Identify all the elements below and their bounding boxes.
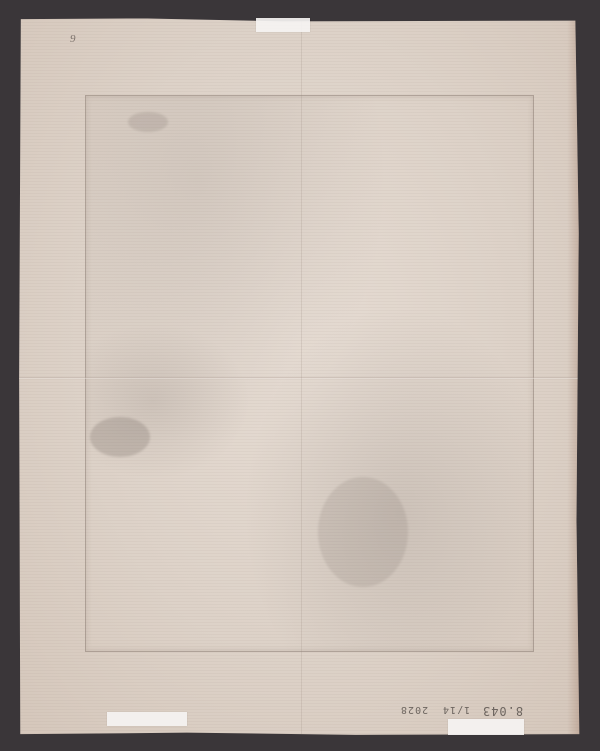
horizontal-fold-line [18, 377, 581, 379]
hinge-tape-bottom-left [107, 712, 187, 726]
ink-show-through [90, 417, 150, 457]
plate-mark [85, 95, 534, 652]
hinge-tape-top [256, 18, 310, 32]
corner-pencil-mark: 9 [70, 33, 76, 45]
paper-sheet [18, 17, 581, 737]
pencil-note: 1/14 [442, 704, 470, 715]
show-through-shading [86, 96, 533, 651]
pencil-note: 8.043 [482, 704, 523, 718]
ink-show-through [318, 477, 408, 587]
vertical-crease [301, 17, 302, 737]
hinge-tape-bottom-right [448, 719, 524, 735]
pencil-note: 2028 [400, 704, 428, 715]
ink-show-through [128, 112, 168, 132]
